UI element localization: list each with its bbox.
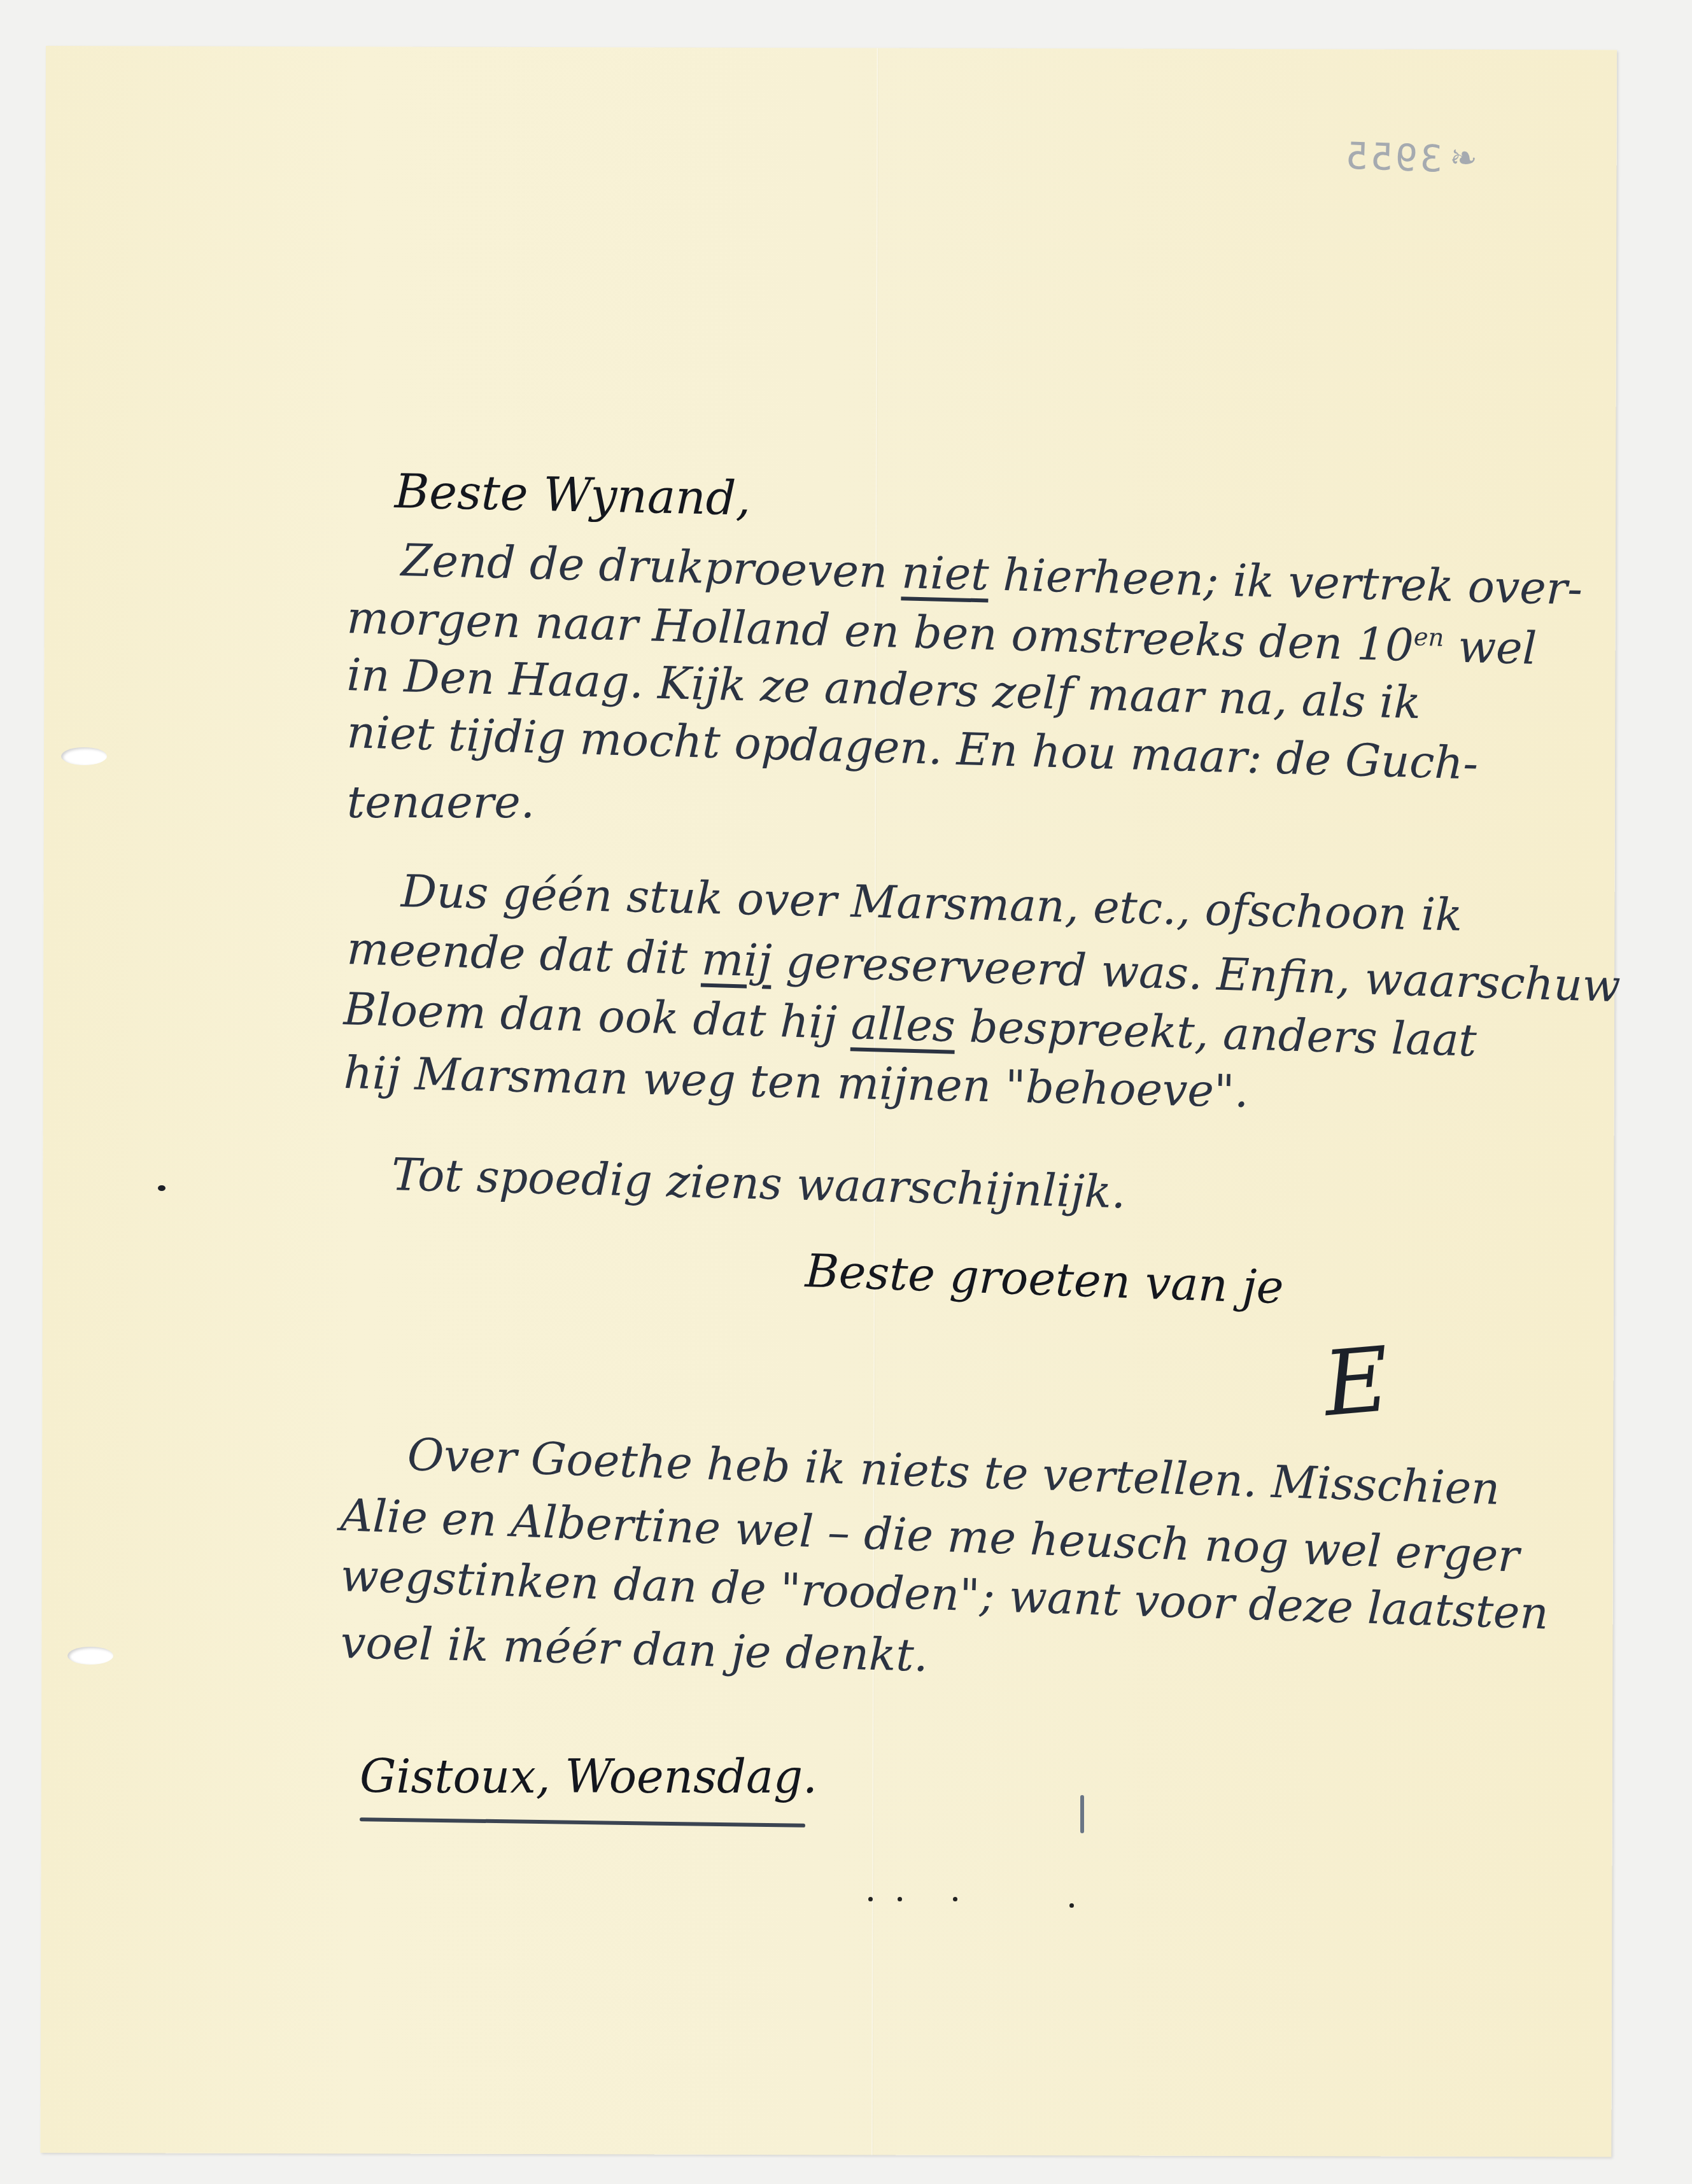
postscript-line-4: voel ik méér dan je denkt. bbox=[340, 1620, 928, 1678]
emphasis-underlined: alles bbox=[850, 997, 956, 1052]
letter-body: Beste Wynand, Zend de drukproeven niet h… bbox=[0, 0, 1692, 2184]
ink-speck bbox=[953, 1897, 957, 1901]
ink-speck bbox=[1069, 1903, 1074, 1908]
paragraph-2-line-1: Dus géén stuk over Marsman, etc., ofscho… bbox=[400, 869, 1463, 938]
place-date: Gistoux, Woensdag. bbox=[360, 1754, 817, 1800]
emphasis-underlined: mij bbox=[701, 933, 773, 987]
paragraph-1-line-5: tenaere. bbox=[347, 780, 535, 824]
salutation: Beste Wynand, bbox=[394, 468, 751, 523]
ink-speck bbox=[868, 1897, 873, 1901]
closing: Beste groeten van je bbox=[805, 1248, 1285, 1310]
paragraph-2-line-4: hij Marsman weg ten mijnen "behoeve". bbox=[343, 1050, 1249, 1114]
ink-stroke-mark bbox=[1080, 1795, 1084, 1833]
emphasis-underlined: niet bbox=[901, 546, 989, 600]
place-date-underline bbox=[360, 1817, 805, 1828]
signature: E bbox=[1320, 1328, 1393, 1437]
paragraph-3-line-1: Tot spoedig ziens waarschijnlijk. bbox=[391, 1152, 1126, 1215]
ink-speck bbox=[898, 1897, 902, 1901]
